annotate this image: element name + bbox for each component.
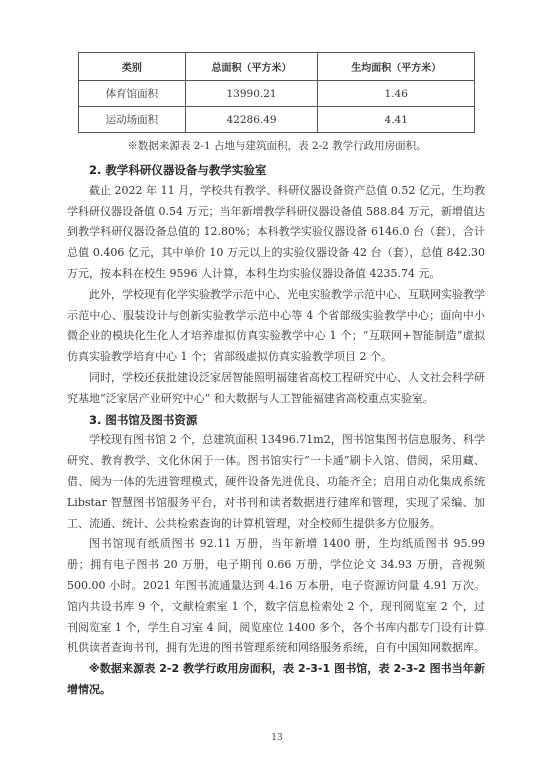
table-row: 体育馆面积 13990.21 1.46 (79, 81, 475, 107)
table-cell: 13990.21 (185, 81, 318, 107)
table-cell: 4.41 (318, 107, 475, 133)
paragraph: 截止 2022 年 11 月，学校共有教学、科研仪器设备资产总值 0.52 亿元… (67, 181, 485, 285)
table-header-cell: 类别 (79, 53, 186, 81)
paragraph: 学校现有图书馆 2 个，总建筑面积 13496.71m2，图书馆集图书信息服务、… (67, 430, 485, 534)
table-header-cell: 生均面积（平方米） (318, 53, 475, 81)
paragraph: 此外，学校现有化学实验教学示范中心、光电实验教学示范中心、互联网实验教学示范中心… (67, 285, 485, 368)
page-number: 13 (0, 733, 554, 743)
section-heading: 2. 教学科研仪器设备与教学实验室 (67, 160, 485, 181)
table-cell: 42286.49 (185, 107, 318, 133)
paragraph: 同时，学校还获批建设泛家居智能照明福建省高校工程研究中心、人文社会科学研究基地“… (67, 368, 485, 410)
body-text: 2. 教学科研仪器设备与教学实验室 截止 2022 年 11 月，学校共有教学、… (67, 160, 485, 701)
table-header-cell: 总面积（平方米） (185, 53, 318, 81)
document-page: 类别 总面积（平方米） 生均面积（平方米） 体育馆面积 13990.21 1.4… (0, 0, 554, 783)
paragraph: 图书馆现有纸质图书 92.11 万册，当年新增 1400 册，生均纸质图书 95… (67, 534, 485, 659)
facility-area-table: 类别 总面积（平方米） 生均面积（平方米） 体育馆面积 13990.21 1.4… (78, 52, 475, 133)
table-cell: 运动场面积 (79, 107, 186, 133)
table-source-note: ※数据来源表 2-1 占地与建筑面积，表 2-2 教学行政用房面积。 (0, 138, 554, 153)
data-source-note: ※数据来源表 2-2 教学行政用房面积，表 2-3-1 图书馆，表 2-3-2 … (67, 659, 485, 701)
table-cell: 体育馆面积 (79, 81, 186, 107)
table-cell: 1.46 (318, 81, 475, 107)
table-header-row: 类别 总面积（平方米） 生均面积（平方米） (79, 53, 475, 81)
table-row: 运动场面积 42286.49 4.41 (79, 107, 475, 133)
section-heading: 3. 图书馆及图书资源 (67, 410, 485, 431)
